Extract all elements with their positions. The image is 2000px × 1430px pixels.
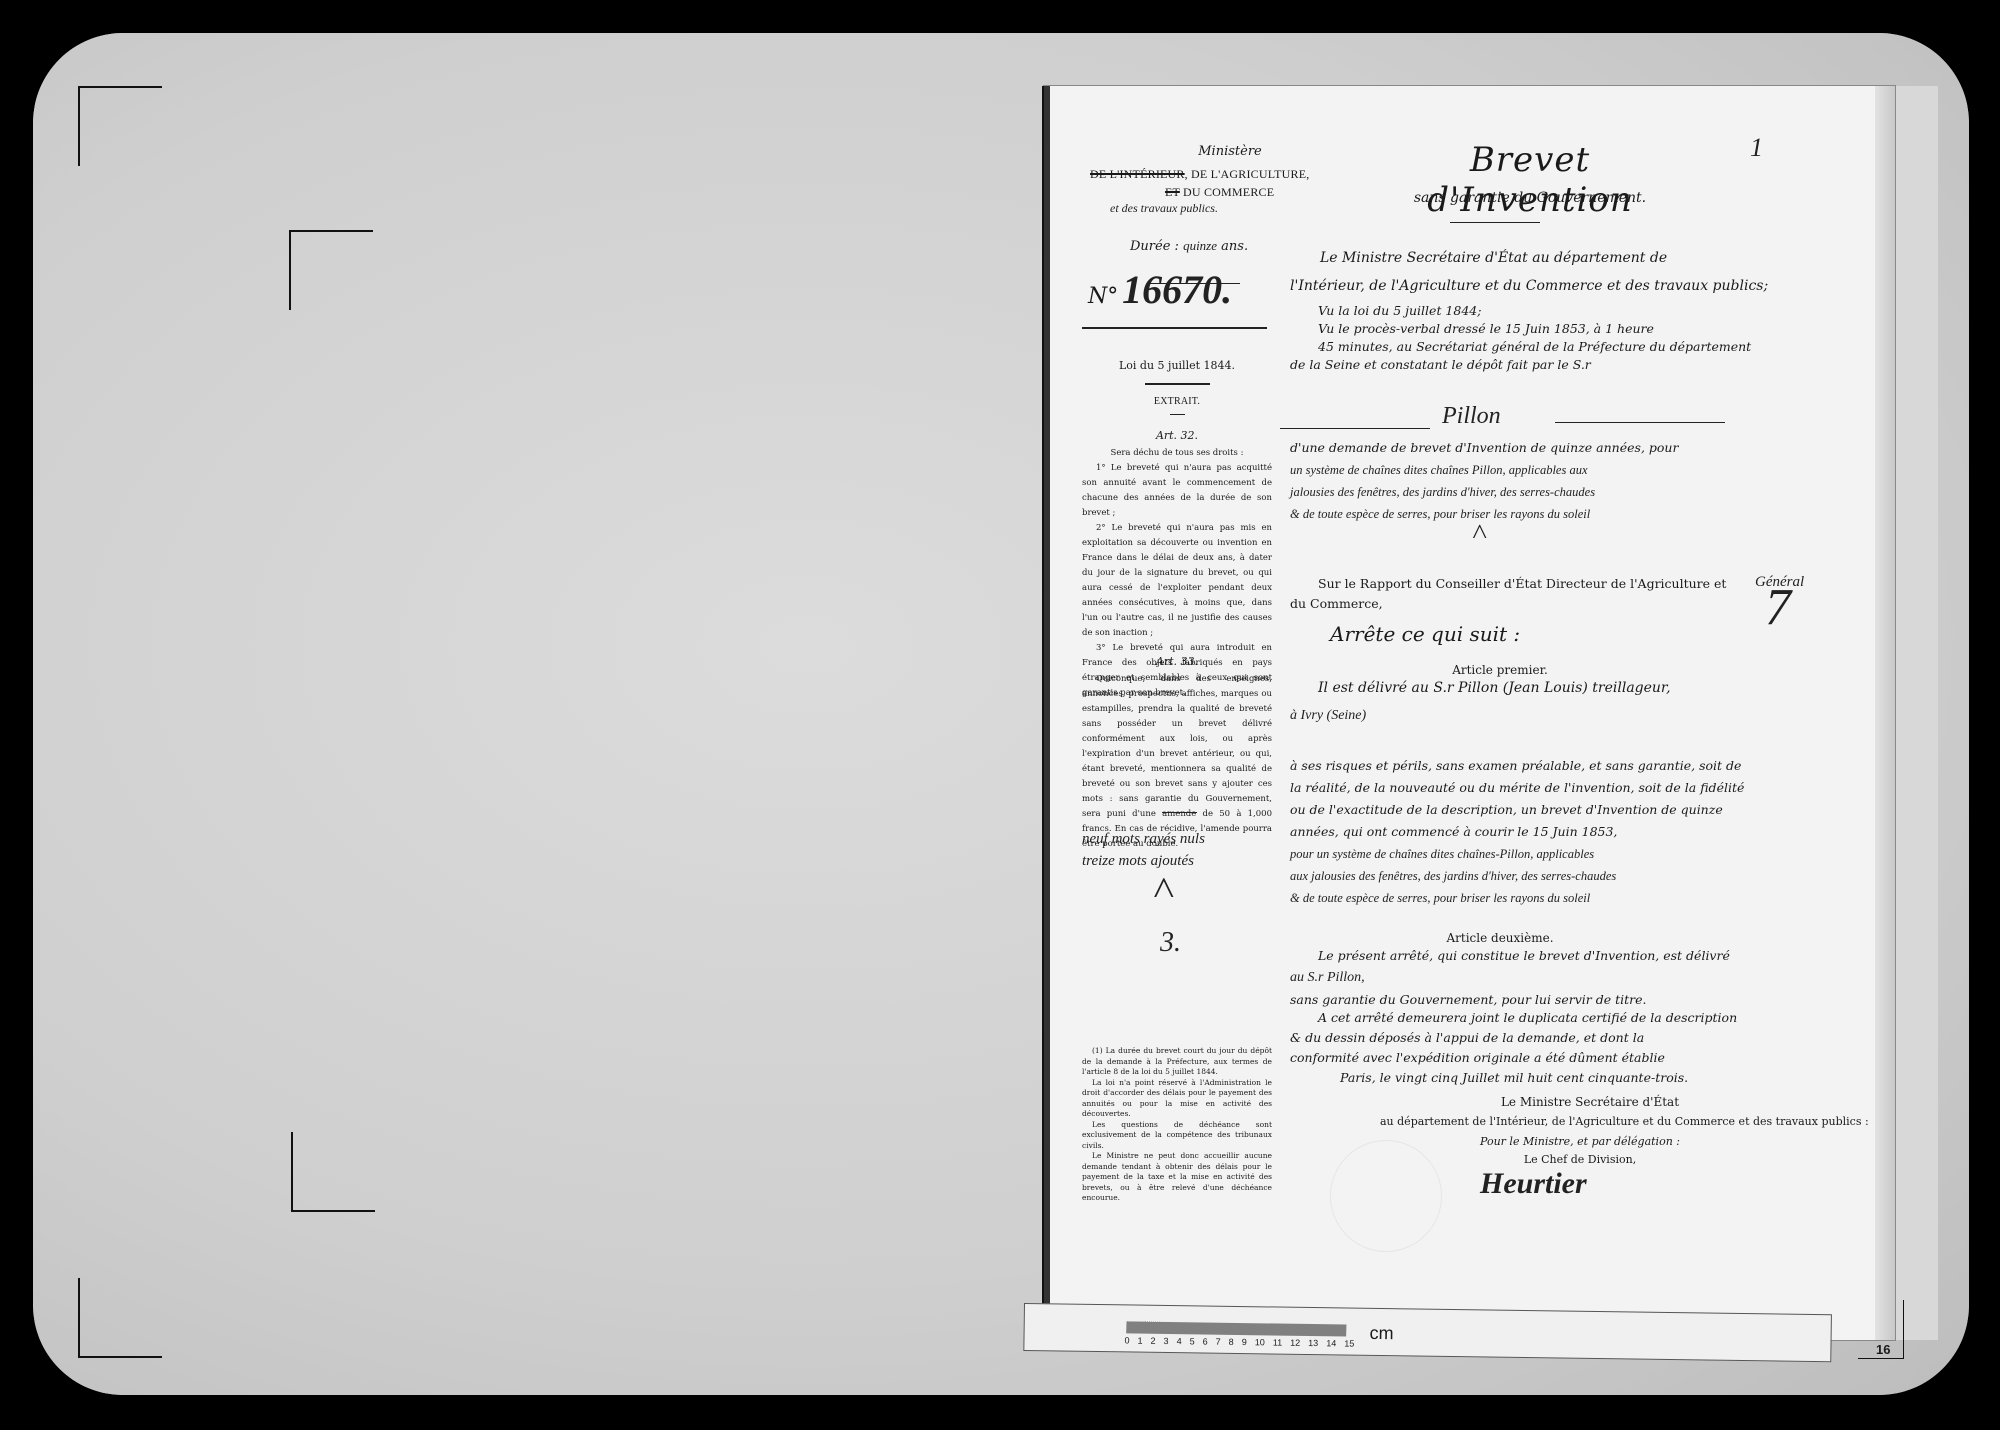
rule xyxy=(1162,812,1197,813)
embossed-seal xyxy=(1330,1140,1442,1252)
paraph-number: 3. xyxy=(1160,935,1181,951)
article1-line: la réalité, de la nouveauté ou du mérite… xyxy=(1290,780,1730,796)
ruler-ticks xyxy=(1127,1321,1347,1336)
preamble-line: Le Ministre Secrétaire d'État au départe… xyxy=(1320,250,1760,266)
frame-mark xyxy=(1858,1358,1904,1359)
demand-line: un système de chaînes dites chaînes Pill… xyxy=(1290,462,1730,478)
ruler-unit: cm xyxy=(1369,1323,1393,1344)
article1-line: à Ivry (Seine) xyxy=(1290,708,1730,724)
crop-mark-inner-top-left xyxy=(289,230,373,310)
duree-field: Durée : quinze ans. xyxy=(1130,238,1248,255)
article2-line: Le présent arrêté, qui constitue le brev… xyxy=(1318,948,1758,964)
document-title: Brevet d'Invention xyxy=(1380,140,1680,220)
preamble-line: Vu la loi du 5 juillet 1844; xyxy=(1318,303,1758,319)
law-reference: Loi du 5 juillet 1844. xyxy=(1082,358,1272,374)
crop-mark-bottom-left xyxy=(78,1278,162,1358)
ministry-line-2: ET DU COMMERCE xyxy=(1165,184,1274,200)
article1-line: années, qui ont commencé à courir le 15 … xyxy=(1290,824,1730,840)
page-number-handwritten: 1 xyxy=(1750,140,1763,156)
article2-line: sans garantie du Gouvernement, pour lui … xyxy=(1290,992,1730,1008)
handwritten-correction-note: neuf mots rayés nuls treize mots ajoutés xyxy=(1082,828,1282,872)
signature-block-line: Pour le Ministre, et par délégation : xyxy=(1480,1134,1680,1150)
paraph-mark: ˄ xyxy=(1150,880,1177,896)
extrait-label: EXTRAIT. xyxy=(1082,394,1272,410)
article1-line: & de toute espèce de serres, pour briser… xyxy=(1290,890,1730,906)
demand-line: & de toute espèce de serres, pour briser… xyxy=(1290,506,1730,522)
preamble-line: Vu le procès-verbal dressé le 15 Juin 18… xyxy=(1318,321,1758,337)
ministry-handwritten-addition: et des travaux publics. xyxy=(1110,200,1360,216)
preamble-line: de la Seine et constatant le dépôt fait … xyxy=(1290,357,1730,373)
signature-block-line: au département de l'Intérieur, de l'Agri… xyxy=(1380,1114,1880,1130)
footnote: (1) La durée du brevet court du jour du … xyxy=(1082,1046,1272,1204)
rule xyxy=(1450,222,1540,223)
article1-title: Article premier. xyxy=(1420,662,1580,678)
rule xyxy=(1170,414,1185,415)
crop-mark-inner-bottom-left xyxy=(291,1132,375,1212)
article2-title: Article deuxième. xyxy=(1420,930,1580,946)
article2-line: au S.r Pillon, xyxy=(1290,970,1730,986)
rule xyxy=(1555,422,1725,423)
signature-block-line: Le Chef de Division, xyxy=(1480,1152,1680,1168)
article2-line: A cet arrêté demeurera joint le duplicat… xyxy=(1318,1010,1758,1026)
paraph-mark: ˄ xyxy=(1470,525,1489,541)
article1-line: aux jalousies des fenêtres, des jardins … xyxy=(1290,868,1730,884)
document-subtitle: sans garantie du Gouvernement. xyxy=(1380,190,1680,206)
frame-mark xyxy=(1903,1300,1904,1358)
patent-number: N° 16670. xyxy=(1088,282,1232,307)
ministere-label: Ministère xyxy=(1180,144,1280,160)
art33-title: Art. 33. xyxy=(1082,654,1272,670)
demand-line: jalousies des fenêtres, des jardins d'hi… xyxy=(1290,484,1730,500)
article1-line: pour un système de chaînes dites chaînes… xyxy=(1290,846,1730,862)
article1-line: ou de l'exactitude de la description, un… xyxy=(1290,802,1730,818)
rapport-line: Sur le Rapport du Conseiller d'État Dire… xyxy=(1318,576,1758,592)
crop-mark-top-left xyxy=(78,86,162,166)
article1-line: Il est délivré au S.r Pillon (Jean Louis… xyxy=(1318,680,1758,696)
ruler-tick-labels: 0123456789101112131415 xyxy=(1124,1335,1354,1348)
rule xyxy=(1280,428,1430,429)
underlying-page-edge xyxy=(1895,86,1938,1340)
signature: Heurtier xyxy=(1480,1176,1587,1192)
article2-line: & du dessin déposés à l'appui de la dema… xyxy=(1290,1030,1730,1046)
demand-line: d'une demande de brevet d'Invention de q… xyxy=(1290,440,1730,456)
art32-title: Art. 32. xyxy=(1082,428,1272,444)
article2-line: conformité avec l'expédition originale a… xyxy=(1290,1050,1730,1066)
article2-line: Paris, le vingt cinq Juillet mil huit ce… xyxy=(1340,1070,1780,1086)
page-left-edge xyxy=(1044,86,1050,1340)
rule xyxy=(1082,327,1267,329)
paraph-mark: 7 xyxy=(1765,600,1791,616)
ministry-line-1: DE L'INTÉRIEUR, DE L'AGRICULTURE, xyxy=(1090,166,1390,182)
rapport-line: du Commerce, xyxy=(1290,596,1730,612)
art33-text: Quiconque, dans des enseignes, annonces,… xyxy=(1082,672,1272,852)
preamble-line: 45 minutes, au Secrétariat général de la… xyxy=(1318,339,1758,355)
applicant-name: Pillon xyxy=(1442,408,1501,424)
arrete-heading: Arrête ce qui suit : xyxy=(1330,626,1520,642)
rule xyxy=(1145,383,1210,385)
frame-number: 16 xyxy=(1876,1342,1890,1357)
article1-line: à ses risques et périls, sans examen pré… xyxy=(1290,758,1730,774)
preamble-line: l'Intérieur, de l'Agriculture et du Comm… xyxy=(1290,278,1730,294)
signature-block-line: Le Ministre Secrétaire d'État xyxy=(1430,1094,1750,1110)
